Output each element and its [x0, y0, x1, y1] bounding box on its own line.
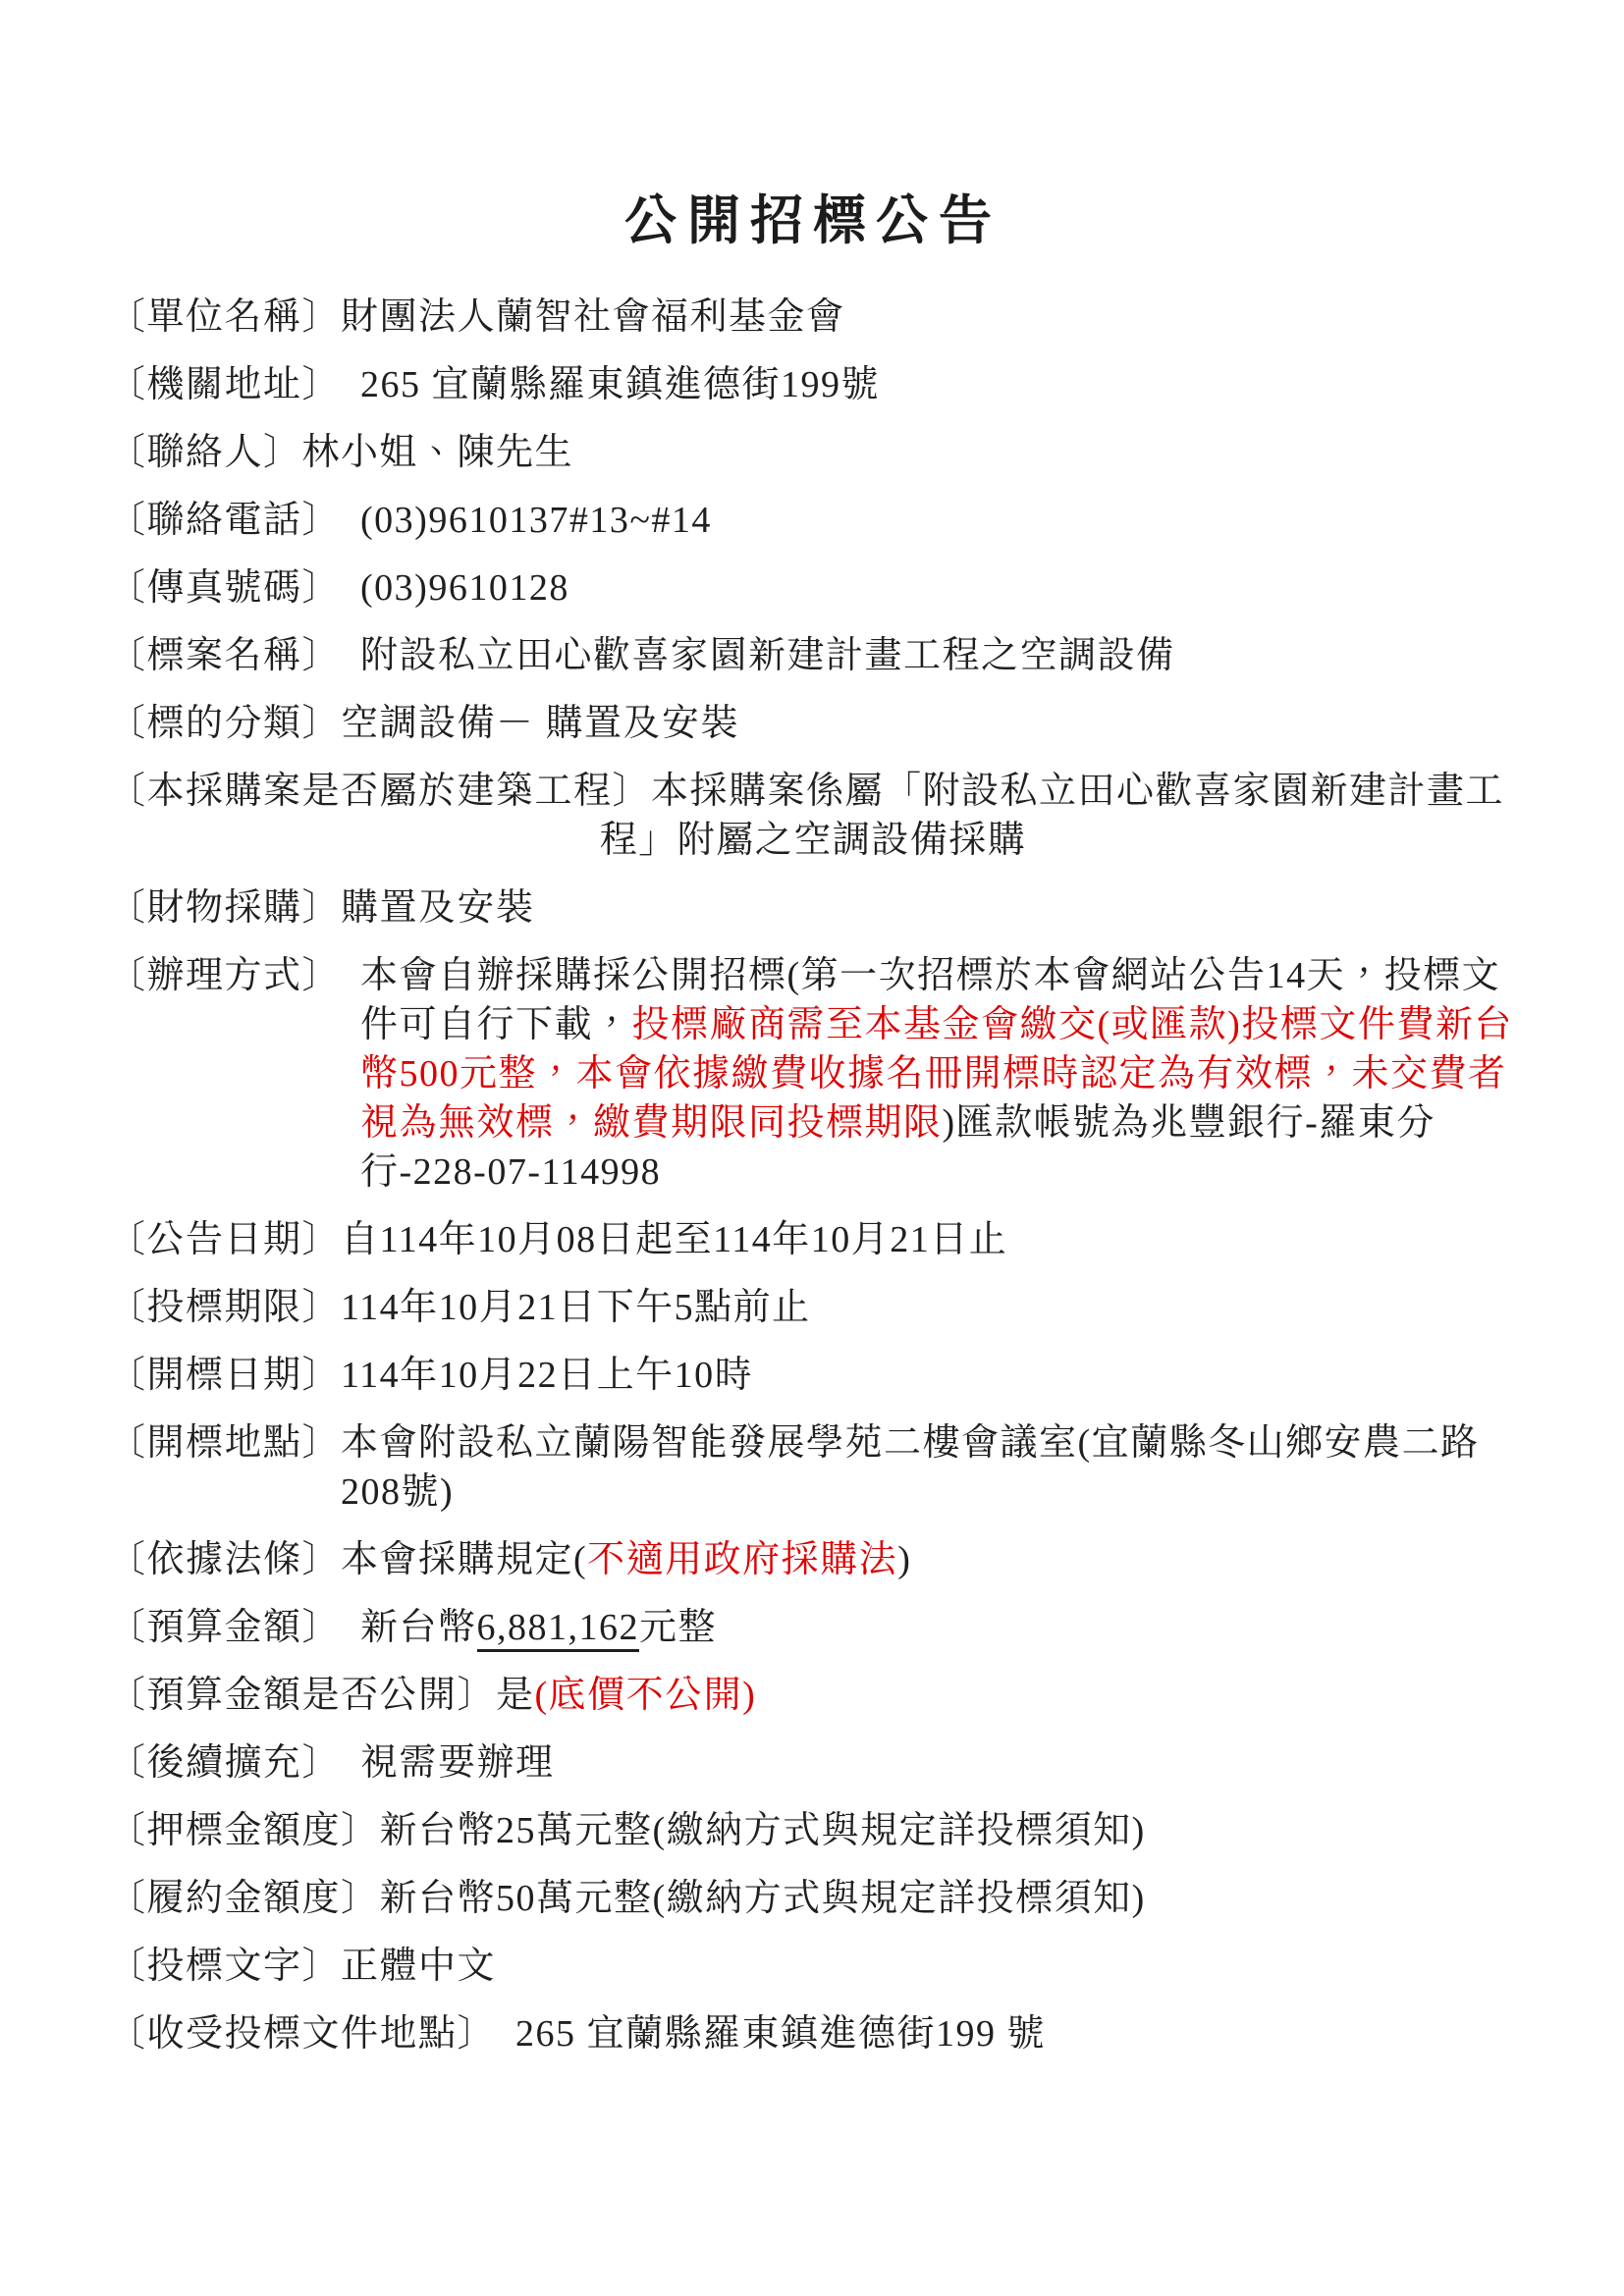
text-segment: 視需要辦理 — [360, 1742, 555, 1784]
text-segment: 本採購案係屬「附設私立田心歡喜家園新建計畫工 — [651, 771, 1504, 812]
field-label: 〔聯絡電話〕 — [108, 496, 341, 545]
field-value: 財團法人蘭智社會福利基金會 — [341, 293, 1518, 342]
field-unit-name: 〔單位名稱〕 財團法人蘭智社會福利基金會 — [108, 293, 1518, 342]
field-line-2: 程」附屬之空調設備採購 — [108, 816, 1518, 865]
field-agency-address: 〔機關地址〕 265 宜蘭縣羅東鎮進德街199號 — [108, 360, 1518, 409]
field-label: 〔後續擴充〕 — [108, 1738, 341, 1788]
field-value: 是(底價不公開) — [496, 1671, 1518, 1720]
text-segment: ) — [897, 1539, 911, 1580]
field-subject-category: 〔標的分類〕 空調設備－ 購置及安裝 — [108, 699, 1518, 748]
text-segment: 是 — [496, 1675, 535, 1716]
text-segment: 本會附設私立蘭陽智能發展學苑二樓會議室(宜蘭縣冬山鄉安農二路208號) — [341, 1422, 1480, 1513]
field-label: 〔押標金額度〕 — [108, 1806, 380, 1855]
field-tender-submission-place: 〔收受投標文件地點〕 265 宜蘭縣羅東鎮進德街199 號 — [108, 2009, 1518, 2058]
text-segment: 114年10月21日下午5點前止 — [341, 1287, 811, 1328]
field-label: 〔財物採購〕 — [108, 883, 341, 933]
field-value: 林小姐、陳先生 — [302, 428, 1518, 477]
field-label: 〔傳真號碼〕 — [108, 563, 341, 613]
field-label: 〔機關地址〕 — [108, 360, 341, 409]
highlighted-text-segment: (底價不公開) — [535, 1675, 757, 1716]
field-label: 〔依據法條〕 — [108, 1535, 341, 1584]
text-segment: 元整 — [639, 1607, 717, 1648]
page-title: 公開招標公告 — [108, 183, 1518, 259]
field-line-1: 〔本採購案是否屬於建築工程〕本採購案係屬「附設私立田心歡喜家園新建計畫工 — [108, 767, 1518, 816]
field-legal-basis: 〔依據法條〕 本會採購規定(不適用政府採購法) — [108, 1535, 1518, 1584]
text-segment: 購置及安裝 — [341, 887, 535, 929]
field-label: 〔標的分類〕 — [108, 699, 341, 748]
text-segment: 空調設備－ 購置及安裝 — [341, 703, 739, 744]
text-segment: 財團法人蘭智社會福利基金會 — [341, 296, 845, 338]
text-segment: 正體中文 — [341, 1946, 496, 1987]
field-bid-opening-date: 〔開標日期〕 114年10月22日上午10時 — [108, 1351, 1518, 1400]
field-label: 〔開標地點〕 — [108, 1418, 341, 1468]
text-segment: 114年10月22日上午10時 — [341, 1355, 753, 1396]
field-value: 265 宜蘭縣羅東鎮進德街199 號 — [515, 2009, 1518, 2058]
field-label: 〔單位名稱〕 — [108, 293, 341, 342]
field-value: 本會採購規定(不適用政府採購法) — [341, 1535, 1518, 1584]
field-announcement-date: 〔公告日期〕 自114年10月08日起至114年10月21日止 — [108, 1215, 1518, 1264]
text-segment: 附設私立田心歡喜家園新建計畫工程之空調設備 — [360, 635, 1175, 676]
field-label: 〔收受投標文件地點〕 — [108, 2009, 496, 2058]
field-value: 新台幣25萬元整(繳納方式與規定詳投標須知) — [380, 1806, 1518, 1855]
field-value: 114年10月21日下午5點前止 — [341, 1283, 1518, 1332]
field-label: 〔投標文字〕 — [108, 1942, 341, 1991]
field-label: 〔標案名稱〕 — [108, 631, 341, 680]
field-label: 〔聯絡人〕 — [108, 428, 302, 477]
field-bid-bond: 〔押標金額度〕 新台幣25萬元整(繳納方式與規定詳投標須知) — [108, 1806, 1518, 1855]
field-bid-deadline: 〔投標期限〕 114年10月21日下午5點前止 — [108, 1283, 1518, 1332]
field-budget-amount: 〔預算金額〕 新台幣6,881,162元整 — [108, 1603, 1518, 1652]
field-follow-up-expansion: 〔後續擴充〕 視需要辦理 — [108, 1738, 1518, 1788]
text-segment: (03)9610128 — [360, 567, 569, 609]
field-label: 〔辦理方式〕 — [108, 951, 341, 1000]
field-contact-person: 〔聯絡人〕 林小姐、陳先生 — [108, 428, 1518, 477]
text-segment: 本會採購規定( — [341, 1539, 587, 1580]
field-value: 正體中文 — [341, 1942, 1518, 1991]
field-value: 114年10月22日上午10時 — [341, 1351, 1518, 1400]
field-tender-language: 〔投標文字〕 正體中文 — [108, 1942, 1518, 1991]
text-segment: 新台幣50萬元整(繳納方式與規定詳投標須知) — [380, 1878, 1146, 1919]
field-label: 〔預算金額是否公開〕 — [108, 1671, 496, 1720]
field-value: (03)9610128 — [360, 563, 1518, 613]
text-segment: 265 宜蘭縣羅東鎮進德街199 號 — [515, 2013, 1046, 2055]
field-label: 〔公告日期〕 — [108, 1215, 341, 1264]
field-label: 〔履約金額度〕 — [108, 1874, 380, 1923]
field-value: 附設私立田心歡喜家園新建計畫工程之空調設備 — [360, 631, 1518, 680]
field-is-construction-work: 〔本採購案是否屬於建築工程〕本採購案係屬「附設私立田心歡喜家園新建計畫工 程」附… — [108, 767, 1518, 865]
field-label: 〔投標期限〕 — [108, 1283, 341, 1332]
field-value: (03)9610137#13~#14 — [360, 496, 1518, 545]
highlighted-text-segment: 不適用政府採購法 — [587, 1539, 897, 1580]
text-segment: (03)9610137#13~#14 — [360, 500, 712, 541]
field-label: 〔開標日期〕 — [108, 1351, 341, 1400]
field-value: 視需要辦理 — [360, 1738, 1518, 1788]
field-value: 自114年10月08日起至114年10月21日止 — [341, 1215, 1518, 1264]
field-label: 〔預算金額〕 — [108, 1603, 341, 1652]
underlined-amount: 6,881,162 — [477, 1607, 640, 1652]
field-fax-number: 〔傳真號碼〕 (03)9610128 — [108, 563, 1518, 613]
text-segment: 265 宜蘭縣羅東鎮進德街199號 — [360, 364, 880, 405]
text-segment: 程」附屬之空調設備採購 — [600, 820, 1027, 861]
field-value: 新台幣6,881,162元整 — [360, 1603, 1518, 1652]
field-value: 本會自辦採購採公開招標(第一次招標於本會網站公告14天，投標文件可自行下載，投標… — [360, 951, 1518, 1197]
field-goods-procurement: 〔財物採購〕 購置及安裝 — [108, 883, 1518, 933]
field-procedure-method: 〔辦理方式〕 本會自辦採購採公開招標(第一次招標於本會網站公告14天，投標文件可… — [108, 951, 1518, 1197]
field-value: 本會附設私立蘭陽智能發展學苑二樓會議室(宜蘭縣冬山鄉安農二路208號) — [341, 1418, 1518, 1517]
field-bid-opening-venue: 〔開標地點〕 本會附設私立蘭陽智能發展學苑二樓會議室(宜蘭縣冬山鄉安農二路208… — [108, 1418, 1518, 1517]
text-segment: 新台幣 — [360, 1607, 477, 1648]
text-segment: 新台幣25萬元整(繳納方式與規定詳投標須知) — [380, 1810, 1146, 1851]
field-value: 空調設備－ 購置及安裝 — [341, 699, 1518, 748]
field-tender-name: 〔標案名稱〕 附設私立田心歡喜家園新建計畫工程之空調設備 — [108, 631, 1518, 680]
field-contact-phone: 〔聯絡電話〕 (03)9610137#13~#14 — [108, 496, 1518, 545]
field-value: 新台幣50萬元整(繳納方式與規定詳投標須知) — [380, 1874, 1518, 1923]
text-segment: 自114年10月08日起至114年10月21日止 — [341, 1219, 1007, 1260]
tender-announcement-page: 公開招標公告 〔單位名稱〕 財團法人蘭智社會福利基金會 〔機關地址〕 265 宜… — [0, 0, 1624, 2296]
field-label: 〔本採購案是否屬於建築工程〕 — [108, 771, 651, 812]
field-budget-public: 〔預算金額是否公開〕 是(底價不公開) — [108, 1671, 1518, 1720]
field-value: 購置及安裝 — [341, 883, 1518, 933]
field-value: 265 宜蘭縣羅東鎮進德街199號 — [360, 360, 1518, 409]
text-segment: 林小姐、陳先生 — [302, 432, 574, 473]
field-performance-bond: 〔履約金額度〕 新台幣50萬元整(繳納方式與規定詳投標須知) — [108, 1874, 1518, 1923]
